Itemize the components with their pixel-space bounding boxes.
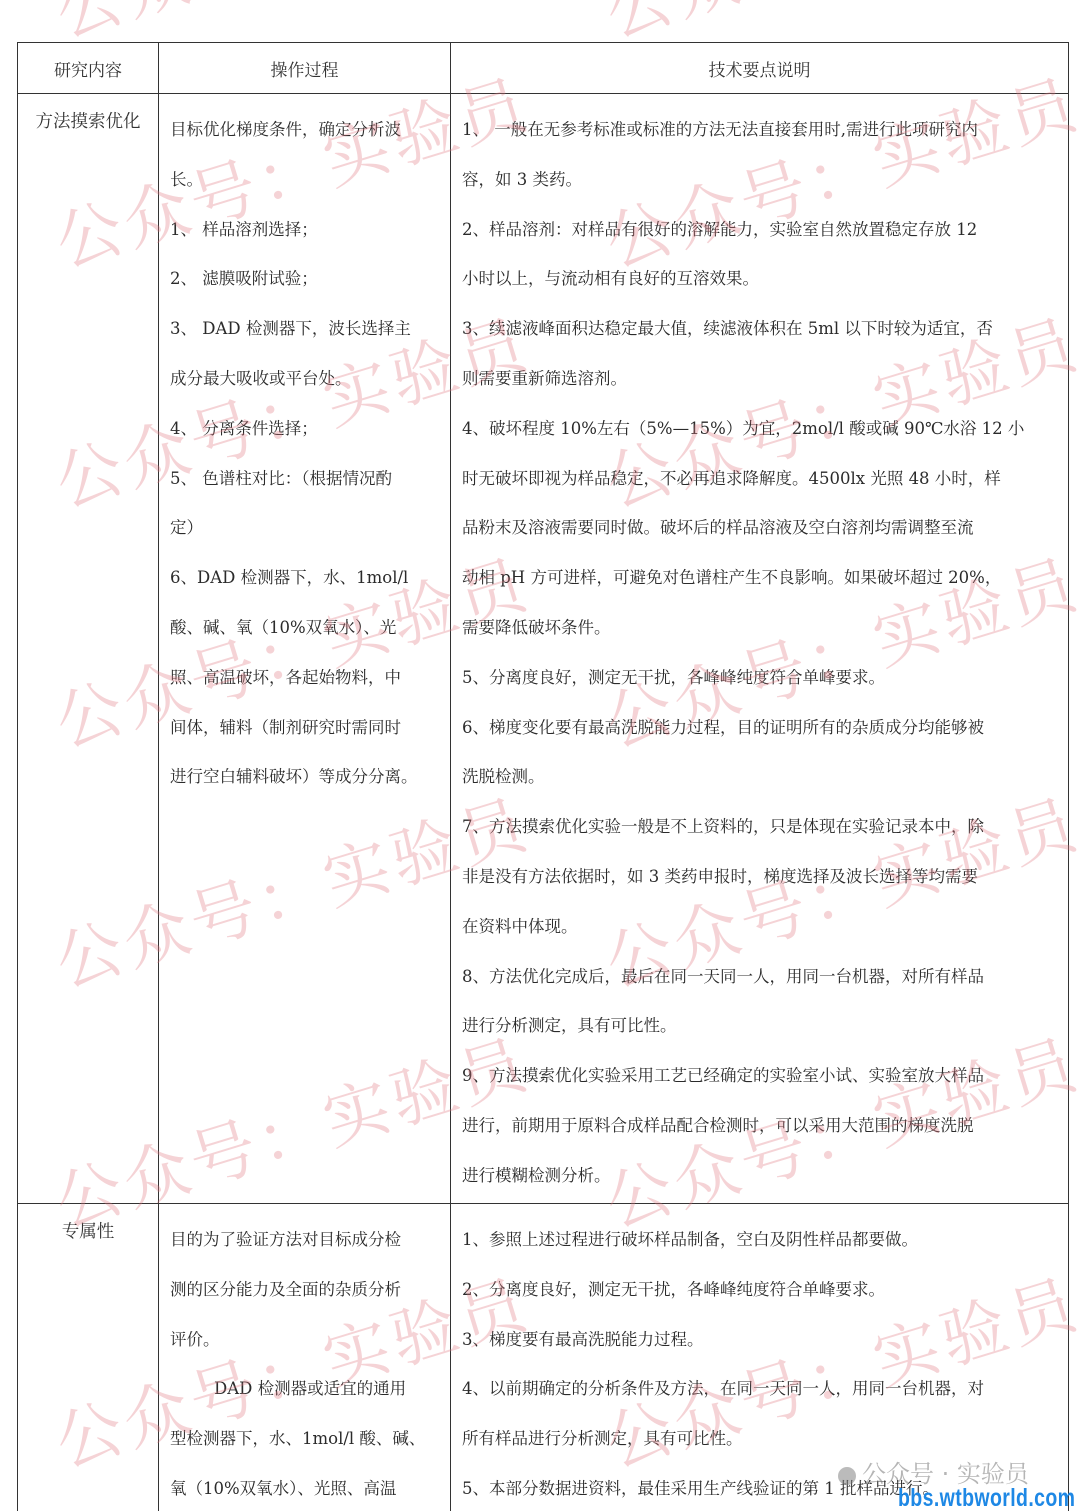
- process-line: 4、 分离条件选择；: [170, 404, 440, 454]
- note-line: 时无破坏即视为样品稳定，不必再追求降解度。4500lx 光照 48 小时，样: [462, 454, 1058, 504]
- table-header-row: 研究内容 操作过程 技术要点说明: [18, 43, 1069, 94]
- note-line: 非是没有方法依据时，如 3 类药申报时，梯度选择及波长选择等均需要: [462, 852, 1058, 902]
- note-line: 3、梯度要有最高洗脱能力过程。: [462, 1315, 1058, 1365]
- note-line: 动相 pH 方可进样，可避免对色谱柱产生不良影响。如果破坏超过 20%，: [462, 553, 1058, 603]
- note-line: 容，如 3 类药。: [462, 155, 1058, 205]
- note-line: 5、分离度良好，测定无干扰，各峰峰纯度符合单峰要求。: [462, 653, 1058, 703]
- note-line: 1、参照上述过程进行破坏样品制备，空白及阴性样品都要做。: [462, 1215, 1058, 1265]
- process-line: 照、高温破坏，各起始物料，中: [170, 653, 440, 703]
- note-line: 7、方法摸索优化实验一般是不上资料的，只是体现在实验记录本中，除: [462, 802, 1058, 852]
- process-line: 5、 色谱柱对比：（根据情况酌: [170, 454, 440, 504]
- note-line: 6、梯度变化要有最高洗脱能力过程，目的证明所有的杂质成分均能够被: [462, 703, 1058, 753]
- note-line: 8、方法优化完成后，最后在同一天同一人，用同一台机器，对所有样品: [462, 952, 1058, 1002]
- category-cell: 方法摸索优化: [18, 94, 159, 1204]
- process-line: 成分最大吸收或平台处。: [170, 354, 440, 404]
- header-research-content: 研究内容: [18, 43, 159, 94]
- process-line: 氧（10%双氧水）、光照、高温: [170, 1464, 440, 1511]
- method-validation-table: 研究内容 操作过程 技术要点说明 方法摸索优化 目标优化梯度条件，确定分析波 长…: [17, 42, 1069, 1511]
- note-line: 进行模糊检测分析。: [462, 1151, 1058, 1201]
- note-line: 品粉末及溶液需要同时做。破坏后的样品溶液及空白溶剂均需调整至流: [462, 503, 1058, 553]
- process-line: DAD 检测器或适宜的通用: [170, 1364, 440, 1414]
- process-line: 1、 样品溶剂选择；: [170, 205, 440, 255]
- note-line: 进行分析测定，具有可比性。: [462, 1001, 1058, 1051]
- header-operation-process: 操作过程: [159, 43, 451, 94]
- process-line: 目标优化梯度条件，确定分析波: [170, 105, 440, 155]
- note-line: 3、续滤液峰面积达稳定最大值，续滤液体积在 5ml 以下时较为适宜，否: [462, 304, 1058, 354]
- process-line: 酸、碱、氧（10%双氧水）、光: [170, 603, 440, 653]
- process-line: 定）: [170, 503, 440, 553]
- process-cell: 目标优化梯度条件，确定分析波 长。 1、 样品溶剂选择； 2、 滤膜吸附试验； …: [159, 94, 451, 1204]
- note-line: 9、方法摸索优化实验采用工艺已经确定的实验室小试、实验室放大样品: [462, 1051, 1058, 1101]
- process-line: 6、DAD 检测器下，水、1mol/l: [170, 553, 440, 603]
- note-line: 2、样品溶剂：对样品有很好的溶解能力，实验室自然放置稳定存放 12: [462, 205, 1058, 255]
- process-line: 2、 滤膜吸附试验；: [170, 254, 440, 304]
- process-line: 3、 DAD 检测器下，波长选择主: [170, 304, 440, 354]
- note-line: 则需要重新筛选溶剂。: [462, 354, 1058, 404]
- note-line: 需要降低破坏条件。: [462, 603, 1058, 653]
- category-cell: 专属性: [18, 1204, 159, 1511]
- site-watermark: bbs.wtbworld.com: [898, 1484, 1075, 1511]
- note-line: 进行，前期用于原料合成样品配合检测时，可以采用大范围的梯度洗脱: [462, 1101, 1058, 1151]
- process-line: 评价。: [170, 1315, 440, 1365]
- process-line: 目的为了验证方法对目标成分检: [170, 1215, 440, 1265]
- document-page: 研究内容 操作过程 技术要点说明 方法摸索优化 目标优化梯度条件，确定分析波 长…: [0, 0, 1080, 1511]
- process-line: 长。: [170, 155, 440, 205]
- process-line: 间体，辅料（制剂研究时需同时: [170, 703, 440, 753]
- process-line: 测的区分能力及全面的杂质分析: [170, 1265, 440, 1315]
- note-line: 2、分离度良好，测定无干扰，各峰峰纯度符合单峰要求。: [462, 1265, 1058, 1315]
- notes-cell: 1、 一般在无参考标准或标准的方法无法直接套用时,需进行此项研究内 容，如 3 …: [451, 94, 1069, 1204]
- note-line: 4、破坏程度 10%左右（5%—15%）为宜，2mol/l 酸或碱 90℃水浴 …: [462, 404, 1058, 454]
- process-line: 进行空白辅料破坏）等成分分离。: [170, 752, 440, 802]
- table-row-method-optimization: 方法摸索优化 目标优化梯度条件，确定分析波 长。 1、 样品溶剂选择； 2、 滤…: [18, 94, 1069, 1204]
- note-line: 4、以前期确定的分析条件及方法，在同一天同一人，用同一台机器，对: [462, 1364, 1058, 1414]
- note-line: 1、 一般在无参考标准或标准的方法无法直接套用时,需进行此项研究内: [462, 105, 1058, 155]
- header-technical-notes: 技术要点说明: [451, 43, 1069, 94]
- note-line: 在资料中体现。: [462, 902, 1058, 952]
- note-line: 洗脱检测。: [462, 752, 1058, 802]
- note-line: 小时以上，与流动相有良好的互溶效果。: [462, 254, 1058, 304]
- process-line: 型检测器下，水、1mol/l 酸、碱、: [170, 1414, 440, 1464]
- process-cell: 目的为了验证方法对目标成分检 测的区分能力及全面的杂质分析 评价。 DAD 检测…: [159, 1204, 451, 1511]
- wechat-icon: [838, 1467, 856, 1485]
